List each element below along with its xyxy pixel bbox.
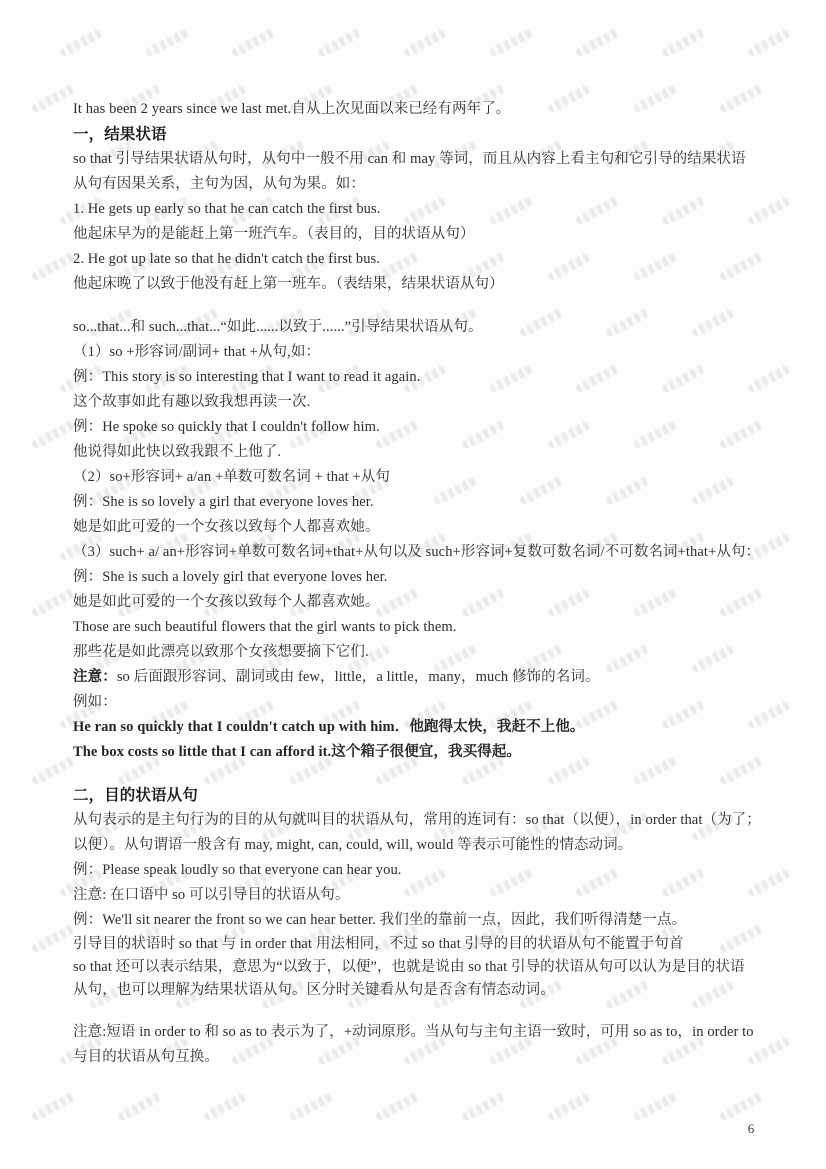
watermark-stamp	[202, 1092, 247, 1122]
watermark-stamp	[488, 28, 533, 58]
text-line: 注意:短语 in order to 和 so as to 表示为了，+动词原形。…	[73, 1020, 763, 1045]
text-line: 注意: 在口语中 so 可以引导目的状语从句。	[73, 883, 763, 908]
text-line: 从句表示的是主句行为的目的从句就叫目的状语从句，常用的连词有：so that（以…	[73, 808, 763, 833]
text-line: 他起床早为的是能赶上第一班汽车。（表目的，目的状语从句）	[73, 222, 763, 247]
text-line: 她是如此可爱的一个女孩以致每个人都喜欢她。	[73, 590, 763, 615]
section-heading: 二，目的状语从句	[73, 783, 763, 808]
text-line: 例：This story is so interesting that I wa…	[73, 365, 763, 390]
text-run: 注意: 在口语中 so 可以引导目的状语从句。	[73, 887, 350, 903]
text-run: 例：He spoke so quickly that I couldn't fo…	[73, 419, 380, 435]
watermark-stamp	[116, 1092, 161, 1122]
text-run: 他起床早为的是能赶上第一班汽车。（表目的，目的状语从句）	[73, 226, 475, 242]
text-run: 这个故事如此有趣以致我想再读一次.	[73, 394, 310, 410]
text-run: 引导目的状语时 so that 与 in order that 用法相同，不过 …	[73, 936, 683, 952]
text-run: 例：She is such a lovely girl that everyon…	[73, 569, 387, 585]
text-run: 注意:短语 in order to 和 so as to 表示为了，+动词原形。…	[73, 1024, 754, 1040]
text-line: 1. He gets up early so that he can catch…	[73, 197, 763, 222]
text-line: 他说得如此快以致我跟不上他了.	[73, 440, 763, 465]
text-line: 以便）。从句谓语一般含有 may, might, can, could, wil…	[73, 833, 763, 858]
text-line: （3）such+ a/ an+形容词+单数可数名词+that+从句以及 such…	[73, 540, 763, 565]
text-line: 那些花是如此漂亮以致那个女孩想要摘下它们.	[73, 640, 763, 665]
text-run: 注意：	[73, 669, 117, 685]
text-run: （1）so +形容词/副词+ that +从句,如：	[73, 344, 320, 360]
text-line: 例：He spoke so quickly that I couldn't fo…	[73, 415, 763, 440]
text-run: The box costs so little that I can affor…	[73, 744, 521, 760]
text-run: so...that...和 such...that...“如此......以致于…	[73, 319, 483, 335]
text-line: 这个故事如此有趣以致我想再读一次.	[73, 390, 763, 415]
text-run: 以便）。从句谓语一般含有 may, might, can, could, wil…	[73, 837, 632, 853]
text-line: 例：She is such a lovely girl that everyon…	[73, 565, 763, 590]
text-line: It has been 2 years since we last met.自从…	[73, 97, 763, 122]
text-run: 例如：	[73, 694, 117, 710]
text-run: 她是如此可爱的一个女孩以致每个人都喜欢她。	[73, 519, 380, 535]
text-run: 从句表示的是主句行为的目的从句就叫目的状语从句，常用的连词有：so that（以…	[73, 812, 761, 828]
text-run: 从句，也可以理解为结果状语从句。区分时关键看从句是否含有情态动词。	[73, 982, 555, 998]
watermark-stamp	[632, 1092, 677, 1122]
text-line: 从句，也可以理解为结果状语从句。区分时关键看从句是否含有情态动词。	[73, 979, 763, 1002]
text-line: 他起床晚了以致于他没有赶上第一班车。（表结果，结果状语从句）	[73, 272, 763, 297]
text-run: 二，目的状语从句	[73, 787, 198, 804]
text-line: 从句有因果关系，主句为因，从句为果。如：	[73, 172, 763, 197]
text-line: 2. He got up late so that he didn't catc…	[73, 247, 763, 272]
paragraph-spacer	[73, 297, 763, 315]
text-line: 注意：so 后面跟形容词、副词或由 few，little，a little，ma…	[73, 665, 763, 690]
watermark-stamp	[144, 28, 189, 58]
paragraph-spacer	[73, 1002, 763, 1020]
text-run: 一，结果状语	[73, 126, 167, 143]
watermark-stamp	[30, 924, 75, 954]
watermark-stamp	[574, 28, 619, 58]
text-run: （3）such+ a/ an+形容词+单数可数名词+that+从句以及 such…	[73, 544, 760, 560]
watermark-stamp	[460, 1092, 505, 1122]
text-line: He ran so quickly that I couldn't catch …	[73, 715, 763, 740]
text-line: 例：We'll sit nearer the front so we can h…	[73, 908, 763, 933]
watermark-stamp	[30, 588, 75, 618]
text-run: （2）so+形容词+ a/an +单数可数名词 + that +从句	[73, 469, 390, 485]
watermark-stamp	[288, 1092, 333, 1122]
text-line: 例如：	[73, 690, 763, 715]
text-run: 他说得如此快以致我跟不上他了.	[73, 444, 281, 460]
text-run: It has been 2 years since we last met.自从…	[73, 101, 510, 117]
watermark-stamp	[30, 1092, 75, 1122]
text-line: so that 引导结果状语从句时，从句中一般不用 can 和 may 等词，而…	[73, 147, 763, 172]
watermark-stamp	[58, 28, 103, 58]
text-run: 她是如此可爱的一个女孩以致每个人都喜欢她。	[73, 594, 380, 610]
text-run: 例：She is so lovely a girl that everyone …	[73, 494, 374, 510]
text-line: 例：Please speak loudly so that everyone c…	[73, 858, 763, 883]
watermark-stamp	[746, 28, 791, 58]
watermark-stamp	[230, 28, 275, 58]
page-number: 6	[741, 1121, 761, 1137]
text-run: so that 引导结果状语从句时，从句中一般不用 can 和 may 等词，而…	[73, 151, 746, 167]
text-line: Those are such beautiful flowers that th…	[73, 615, 763, 640]
text-line: 例：She is so lovely a girl that everyone …	[73, 490, 763, 515]
text-run: 与目的状语从句互换。	[73, 1049, 219, 1065]
paragraph-spacer	[73, 765, 763, 783]
watermark-stamp	[316, 28, 361, 58]
text-line: so...that...和 such...that...“如此......以致于…	[73, 315, 763, 340]
text-line: （2）so+形容词+ a/an +单数可数名词 + that +从句	[73, 465, 763, 490]
text-run: He ran so quickly that I couldn't catch …	[73, 719, 585, 735]
watermark-stamp	[30, 420, 75, 450]
watermark-stamp	[374, 1092, 419, 1122]
text-run: Those are such beautiful flowers that th…	[73, 619, 457, 635]
watermark-stamp	[718, 1092, 763, 1122]
text-run: so 后面跟形容词、副词或由 few，little，a little，many，…	[117, 669, 600, 685]
watermark-stamp	[402, 28, 447, 58]
watermark-stamp	[30, 252, 75, 282]
watermark-stamp	[30, 756, 75, 786]
document-page: It has been 2 years since we last met.自从…	[73, 97, 763, 1070]
text-run: 例：Please speak loudly so that everyone c…	[73, 862, 402, 878]
text-run: 例：This story is so interesting that I wa…	[73, 369, 421, 385]
text-line: The box costs so little that I can affor…	[73, 740, 763, 765]
text-run: 1. He gets up early so that he can catch…	[73, 201, 381, 217]
section-heading: 一，结果状语	[73, 122, 763, 147]
text-line: so that 还可以表示结果，意思为“以致于，以便”，也就是说由 so tha…	[73, 956, 763, 979]
text-line: （1）so +形容词/副词+ that +从句,如：	[73, 340, 763, 365]
text-run: 那些花是如此漂亮以致那个女孩想要摘下它们.	[73, 644, 369, 660]
watermark-stamp	[660, 28, 705, 58]
watermark-stamp	[30, 84, 75, 114]
text-line: 她是如此可爱的一个女孩以致每个人都喜欢她。	[73, 515, 763, 540]
watermark-stamp	[546, 1092, 591, 1122]
text-line: 引导目的状语时 so that 与 in order that 用法相同，不过 …	[73, 933, 763, 956]
text-run: so that 还可以表示结果，意思为“以致于，以便”，也就是说由 so tha…	[73, 959, 745, 975]
text-run: 他起床晚了以致于他没有赶上第一班车。（表结果，结果状语从句）	[73, 276, 504, 292]
text-run: 2. He got up late so that he didn't catc…	[73, 251, 380, 267]
text-line: 与目的状语从句互换。	[73, 1045, 763, 1070]
text-run: 例：We'll sit nearer the front so we can h…	[73, 912, 686, 928]
text-run: 从句有因果关系，主句为因，从句为果。如：	[73, 176, 365, 192]
